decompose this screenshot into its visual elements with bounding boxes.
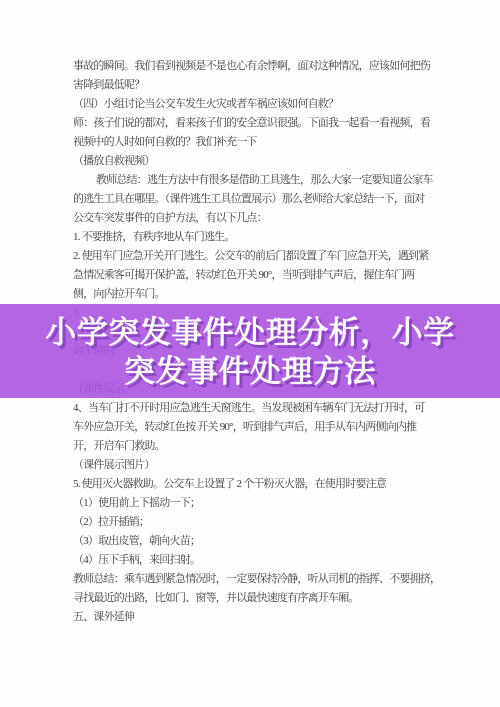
text-line: 侧，向内拉开车门。 [73, 285, 435, 304]
text-line: 事故的瞬间。我们看到视频是不是也心有余悸啊，面对这种情况，应该如何把伤 [73, 57, 435, 76]
text-line: 开，开启车门救助。 [73, 437, 435, 456]
text-line: 寻找最近的出路，比如门、窗等，并以最快速度有序离开车厢。 [73, 589, 435, 608]
text-line: 车外应急开关，转动红色按 开关 90°，听到排气声后，用手从车内两侧向内推 [73, 418, 435, 437]
text-line: （播放自救视频） [73, 152, 435, 171]
text-line: （1）使用前上下摇动一下； [73, 494, 435, 513]
text-line: 的逃生工具在哪里。（课件逃生工具位置展示）那么老师给大家总结一下，面对 [73, 190, 435, 209]
text-line: （3）取出皮管，朝向火苗； [73, 532, 435, 551]
title-overlay-band: 小学突发事件处理分析，小学 突发事件处理方法 [0, 304, 500, 398]
overlay-title-line1: 小学突发事件处理分析，小学 [45, 313, 455, 352]
text-line: （2）拉开插销； [73, 513, 435, 532]
text-line: 五、课外延伸 [73, 608, 435, 627]
text-line: 害降到最低呢？ [73, 76, 435, 95]
text-line: 师：孩子们说的都对，看来孩子们的安全意识很强。下面我一起看一看视频，看 [73, 114, 435, 133]
text-line: 教师总结：逃生方法中有很多是借助工具逃生，那么大家一定要知道公家车 [73, 171, 435, 190]
text-line: 急情况乘客可揭开保护盖，转动红色开关 90°，当听到排气声后，握住车门两 [73, 266, 435, 285]
text-line: （4）压下手柄，来回扫射。 [73, 551, 435, 570]
text-line: （课件展示图片） [73, 456, 435, 475]
text-line: 公交车突发事件的自护方法，有以下几点： [73, 209, 435, 228]
text-line: （四）小组讨论当公交车发生火灾或者车祸应该如何自救？ [73, 95, 435, 114]
text-line: 1. 不要推挤，有秩序地从车门逃生。 [73, 228, 435, 247]
text-line: 2. 使用车门应急开关开门逃生。公交车的前后门都设置了车门应急开关，遇到紧 [73, 247, 435, 266]
document-page: 事故的瞬间。我们看到视频是不是也心有余悸啊，面对这种情况，应该如何把伤害降到最低… [0, 0, 500, 707]
text-line: 5. 使用灭火器救助。公交车上设置了 2 个干粉灭火器，在使用时要注意 [73, 475, 435, 494]
text-line: 4、当车门打不开时用应急逃生天窗逃生。当发现被困车辆车门无法打开时，可 [73, 399, 435, 418]
text-line: 视频中的人时如何自救的？我们补充一下 [73, 133, 435, 152]
overlay-title-line2: 突发事件处理方法 [124, 352, 376, 391]
text-line: 教师总结：乘车遇到紧急情况时，一定要保持冷静，听从司机的指挥、不要拥挤， [73, 570, 435, 589]
